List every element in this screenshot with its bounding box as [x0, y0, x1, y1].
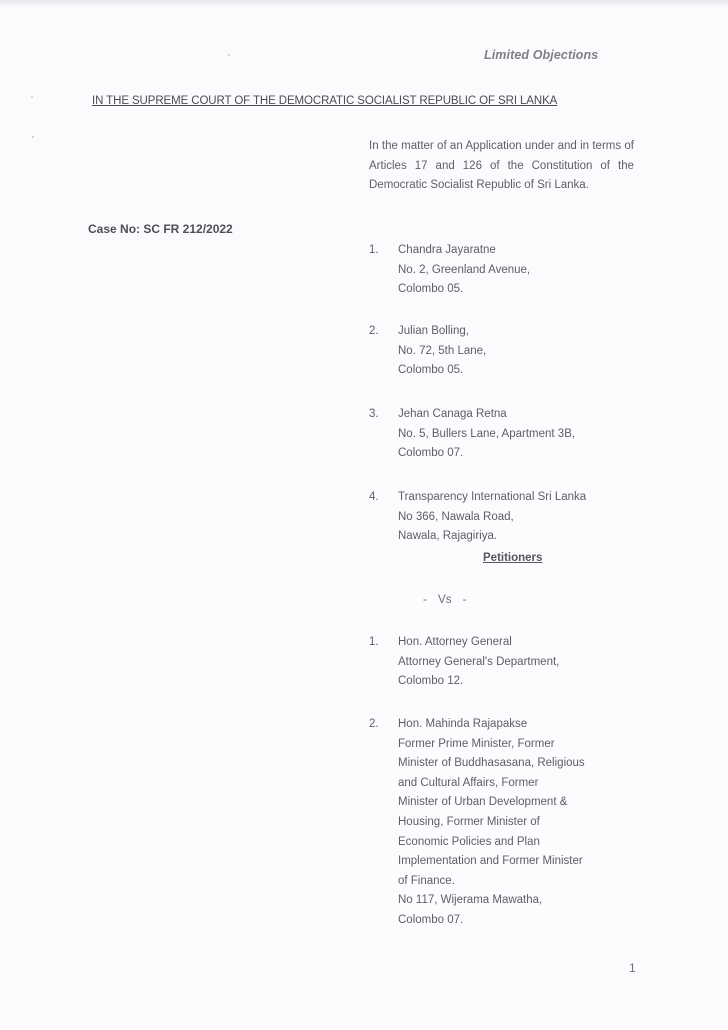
respondent-name: Hon. Attorney General [398, 633, 639, 653]
petitioner-number: 3. [369, 405, 379, 425]
case-number: Case No: SC FR 212/2022 [88, 222, 233, 236]
scan-top-edge [0, 0, 728, 6]
respondent-name: Hon. Mahinda Rajapakse [398, 715, 639, 735]
petitioner-item: 3. Jehan Canaga Retna No. 5, Bullers Lan… [369, 405, 639, 464]
page-number: 1 [629, 961, 636, 975]
petitioner-address-line: No. 72, 5th Lane, [398, 342, 639, 362]
petitioner-address-line: No 366, Nawala Road, [398, 508, 639, 528]
petitioner-address-line: No. 5, Bullers Lane, Apartment 3B, [398, 425, 639, 445]
petitioner-address-line: Colombo 05. [398, 280, 639, 300]
document-page: Limited Objections IN THE SUPREME COURT … [0, 0, 728, 1030]
petitioner-address-line: No. 2, Greenland Avenue, [398, 261, 639, 281]
respondent-detail-line: of Finance. [398, 872, 639, 892]
petitioner-item: 1. Chandra Jayaratne No. 2, Greenland Av… [369, 241, 639, 300]
petitioner-name: Julian Bolling, [398, 322, 639, 342]
petitioner-item: 2. Julian Bolling, No. 72, 5th Lane, Col… [369, 322, 639, 381]
petitioner-address-line: Colombo 07. [398, 444, 639, 464]
petitioner-item: 4. Transparency International Sri Lanka … [369, 488, 639, 547]
respondent-address-line: No 117, Wijerama Mawatha, [398, 891, 639, 911]
respondent-detail-line: Minister of Urban Development & [398, 793, 639, 813]
court-title: IN THE SUPREME COURT OF THE DEMOCRATIC S… [92, 95, 557, 107]
petitioners-label: Petitioners [483, 552, 542, 564]
respondent-item: 1. Hon. Attorney General Attorney Genera… [369, 633, 639, 692]
respondent-address-line: Colombo 07. [398, 911, 639, 931]
matter-text: In the matter of an Application under an… [369, 137, 634, 196]
petitioner-name: Transparency International Sri Lanka [398, 488, 639, 508]
respondent-address-line: Attorney General's Department, [398, 653, 639, 673]
respondent-address-line: Colombo 12. [398, 672, 639, 692]
respondent-detail-line: Economic Policies and Plan [398, 833, 639, 853]
respondent-detail-line: Former Prime Minister, Former [398, 735, 639, 755]
petitioner-address-line: Colombo 05. [398, 361, 639, 381]
respondent-number: 1. [369, 633, 379, 653]
respondent-item: 2. Hon. Mahinda Rajapakse Former Prime M… [369, 715, 639, 931]
scan-speck [31, 96, 33, 98]
versus-separator: - Vs - [423, 594, 466, 606]
header-note: Limited Objections [484, 48, 598, 62]
matter-paragraph: In the matter of an Application under an… [369, 137, 634, 196]
petitioner-number: 2. [369, 322, 379, 342]
respondent-detail-line: Minister of Buddhasasana, Religious [398, 754, 639, 774]
respondent-detail-line: and Cultural Affairs, Former [398, 774, 639, 794]
petitioner-name: Chandra Jayaratne [398, 241, 639, 261]
respondent-number: 2. [369, 715, 379, 735]
scan-speck [228, 54, 230, 56]
petitioner-number: 1. [369, 241, 379, 261]
petitioner-address-line: Nawala, Rajagiriya. [398, 527, 639, 547]
scan-speck [32, 136, 34, 138]
respondent-detail-line: Implementation and Former Minister [398, 852, 639, 872]
respondent-detail-line: Housing, Former Minister of [398, 813, 639, 833]
petitioner-number: 4. [369, 488, 379, 508]
petitioner-name: Jehan Canaga Retna [398, 405, 639, 425]
